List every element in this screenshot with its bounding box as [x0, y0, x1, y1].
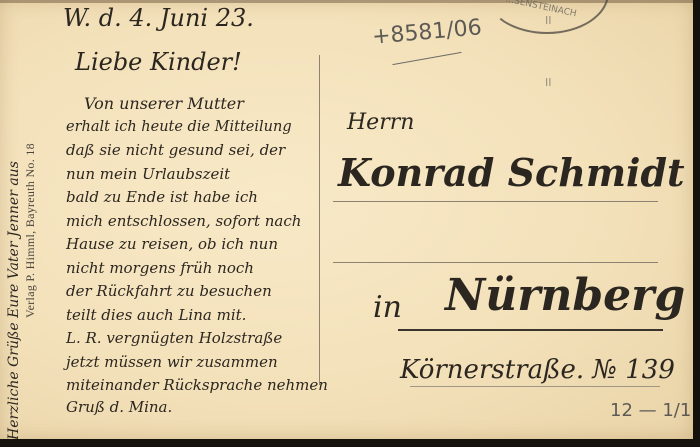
scan-border-bottom [0, 439, 700, 447]
address-title: Herrn [347, 110, 414, 135]
message-line: erhalt ich heute die Mitteilung [66, 116, 321, 140]
city-underline [398, 329, 663, 331]
address-line-1 [333, 201, 658, 202]
postmark-mark: II [545, 76, 552, 89]
message-line: L. R. vergnügten Holzstraße [66, 327, 321, 351]
message-line: nicht morgens früh noch [66, 257, 321, 281]
scan-border-right [693, 0, 700, 447]
message-line: Von unserer Mutter [84, 92, 339, 116]
message-line: jetzt müssen wir zusammen [66, 351, 321, 375]
publisher-imprint: Verlag P. Himml, Bayreuth No. 18 [23, 143, 38, 318]
postcard: W. d. 4. Juni 23. Liebe Kinder! Von unse… [0, 0, 693, 439]
archive-underline [392, 52, 461, 65]
message-line: teilt dies auch Lina mit. [66, 304, 321, 328]
message-line: bald zu Ende ist habe ich [66, 186, 321, 210]
center-divider [319, 55, 320, 385]
city-name: Nürnberg [445, 270, 685, 321]
postmark-mark: II [545, 14, 552, 27]
address-line-2 [333, 262, 658, 263]
salutation: Liebe Kinder! [75, 48, 242, 76]
message-line: Hause zu reisen, ob ich nun [66, 233, 321, 257]
margin-note: Herzliche Grüße Eure Vater Jenner aus [6, 161, 22, 440]
message-body: Von unserer Mutter erhalt ich heute die … [66, 92, 321, 416]
city-prefix: in [373, 290, 402, 325]
recipient-name: Konrad Schmidt [338, 150, 685, 195]
message-line: Gruß d. Mina. [66, 398, 321, 416]
pencil-note: 12 — 1/11 [610, 400, 700, 421]
message-line: miteinander Rücksprache nehmen [66, 374, 321, 398]
address-line-3 [410, 386, 660, 387]
message-line: der Rückfahrt zu besuchen [66, 280, 321, 304]
date-line: W. d. 4. Juni 23. [63, 4, 254, 32]
message-line: nun mein Urlaubszeit [66, 163, 321, 187]
message-line: daß sie nicht gesund sei, der [66, 139, 321, 163]
archive-number: +8581/06 [371, 15, 483, 49]
street-address: Körnerstraße. № 139 [400, 355, 675, 385]
message-line: mich entschlossen, sofort nach [66, 210, 321, 234]
